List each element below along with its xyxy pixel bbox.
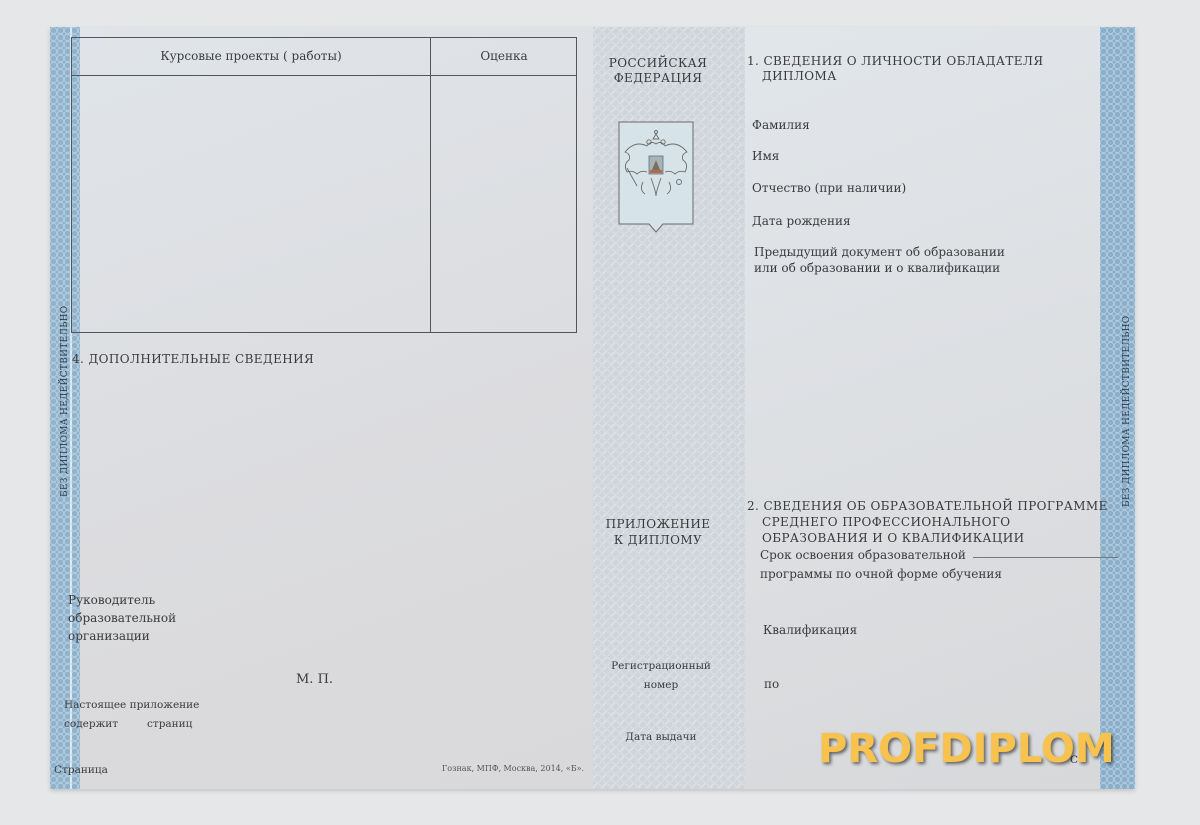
pages-note-contains: содержит <box>64 718 118 730</box>
study-duration-label-line-1: Срок освоения образовательной <box>760 548 966 562</box>
country-line-1: РОССИЙСКАЯ <box>593 56 723 70</box>
specialty-prefix-label: по <box>764 677 779 691</box>
study-duration-field-line <box>973 557 1118 558</box>
previous-document-label-line-1: Предыдущий документ об образовании <box>754 245 1005 259</box>
study-duration-label-line-2: программы по очной форме обучения <box>760 567 1002 581</box>
right-band-text: БЕЗ ДИПЛОМА НЕДЕЙСТВИТЕЛЬНО <box>1122 316 1132 507</box>
course-projects-table: Курсовые проекты ( работы) Оценка <box>71 37 577 333</box>
pages-note-line-1: Настоящее приложение <box>64 699 199 711</box>
previous-document-label-line-2: или об образовании и о квалификации <box>754 261 1000 275</box>
table-column-divider <box>430 38 431 332</box>
printer-imprint: Гознак, МПФ, Москва, 2014, «Б». <box>442 764 584 773</box>
surname-label: Фамилия <box>752 118 810 132</box>
coat-of-arms-icon <box>617 120 695 248</box>
table-header-divider <box>72 75 576 76</box>
section-1-title-line-2: ДИПЛОМА <box>762 69 837 83</box>
patronymic-label: Отчество (при наличии) <box>752 181 906 195</box>
supplement-title-line-1: ПРИЛОЖЕНИЕ <box>593 517 723 531</box>
birth-date-label: Дата рождения <box>752 214 851 228</box>
head-label-line-1: Руководитель <box>68 593 155 607</box>
head-label-line-3: организации <box>68 629 150 643</box>
registration-number-label-line-1: Регистрационный <box>593 660 729 672</box>
country-line-2: ФЕДЕРАЦИЯ <box>593 71 723 85</box>
head-label-line-2: образовательной <box>68 611 176 625</box>
supplement-title-line-2: К ДИПЛОМУ <box>593 533 723 547</box>
stamp-place-label: М. П. <box>296 672 333 687</box>
section-2-title-line-1: 2. СВЕДЕНИЯ ОБ ОБРАЗОВАТЕЛЬНОЙ ПРОГРАММЕ <box>747 499 1108 513</box>
pages-note-pages: страниц <box>147 718 192 730</box>
diploma-supplement-sheet: БЕЗ ДИПЛОМА НЕДЕЙСТВИТЕЛЬНО БЕЗ ДИПЛОМА … <box>50 27 1135 789</box>
section-4-title: 4. ДОПОЛНИТЕЛЬНЫЕ СВЕДЕНИЯ <box>72 352 314 366</box>
name-label: Имя <box>752 149 779 163</box>
profdiplom-watermark: PROFDIPLOM <box>818 726 1115 772</box>
page-number-label: Страница <box>54 764 108 776</box>
column-header-course-projects: Курсовые проекты ( работы) <box>72 49 430 63</box>
registration-number-label-line-2: номер <box>593 679 729 691</box>
left-band-text: БЕЗ ДИПЛОМА НЕДЕЙСТВИТЕЛЬНО <box>60 306 70 497</box>
section-1-title-line-1: 1. СВЕДЕНИЯ О ЛИЧНОСТИ ОБЛАДАТЕЛЯ <box>747 54 1043 68</box>
column-header-grade: Оценка <box>430 49 578 63</box>
section-2-title-line-2: СРЕДНЕГО ПРОФЕССИОНАЛЬНОГО <box>762 515 1011 529</box>
qualification-label: Квалификация <box>763 623 857 637</box>
right-page <box>745 27 1100 789</box>
section-2-title-line-3: ОБРАЗОВАНИЯ И О КВАЛИФИКАЦИИ <box>762 531 1024 545</box>
issue-date-label: Дата выдачи <box>593 731 729 743</box>
